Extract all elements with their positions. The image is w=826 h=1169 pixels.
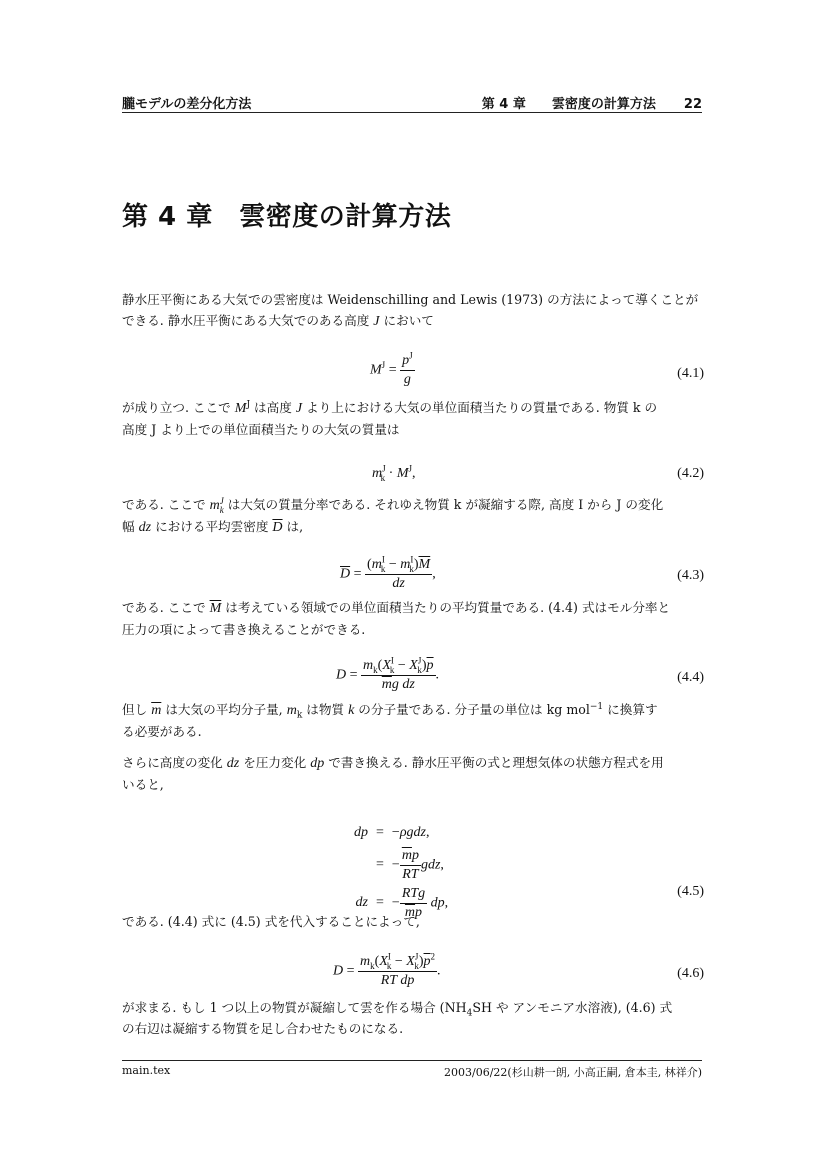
page-number: 22	[684, 97, 702, 112]
paragraph-1: 静水圧平衡にある大気での雲密度は Weidenschilling and Lew…	[122, 289, 704, 332]
paragraph-2: が成り立つ. ここで MJ は高度 J より上における大気の単位面積当たりの質量…	[122, 397, 704, 440]
header-title: 朧モデルの差分化方法	[122, 93, 251, 112]
footer-date-authors: 2003/06/22(杉山耕一朗, 小高正嗣, 倉本圭, 林祥介)	[444, 1064, 702, 1080]
paragraph-line: 静水圧平衡にある大気での雲密度は Weidenschilling and Lew…	[122, 289, 704, 310]
equation-number: (4.4)	[677, 670, 704, 686]
footer-rule	[122, 1060, 702, 1061]
equation-4-2: mJk · MJ,	[372, 466, 416, 482]
equation-number: (4.1)	[677, 366, 704, 382]
paragraph-6: さらに高度の変化 dz を圧力変化 dp で書き換える. 静水圧平衡の式と理想気…	[122, 752, 704, 795]
equation-4-3: D = (mIk − mIk)Mdz,	[340, 556, 436, 593]
paragraph-7: である. (4.4) 式に (4.5) 式を代入することによって,	[122, 911, 704, 932]
equation-4-6: D = mk(XIk − XJk)p2RT dp.	[333, 953, 441, 990]
equation-4-5: dp=−ρgdz, =−mpRTgdz, dz=−RTgmp dp,	[350, 820, 452, 922]
equation-number: (4.5)	[677, 884, 704, 900]
paragraph-line: できる. 静水圧平衡にある大気でのある高度 J において	[122, 310, 704, 332]
equation-number: (4.6)	[677, 966, 704, 982]
paragraph-3: である. ここで mJk は大気の質量分率である. それゆえ物質 k が凝縮する…	[122, 494, 704, 538]
equation-4-1: MJ = pJg	[370, 352, 415, 389]
header-rule	[122, 112, 702, 113]
equation-4-4: D = mk(XIk − XJk)pmg dz.	[336, 657, 439, 694]
header-section: 第 4 章 雲密度の計算方法22	[482, 93, 702, 112]
chapter-title: 第 4 章 雲密度の計算方法	[122, 196, 451, 233]
paragraph-8: が求まる. もし 1 つ以上の物質が凝縮して雲を作る場合 (NH4SH や アン…	[122, 997, 704, 1039]
equation-number: (4.3)	[677, 568, 704, 584]
paragraph-4: である. ここで M は考えている領域での単位面積当たりの平均質量である. (4…	[122, 597, 704, 640]
paragraph-5: 但し m は大気の平均分子量, mk は物質 k の分子量である. 分子量の単位…	[122, 699, 704, 742]
header-chapter: 第 4 章	[482, 97, 526, 112]
running-header: 朧モデルの差分化方法 第 4 章 雲密度の計算方法22	[122, 93, 702, 113]
header-section-title: 雲密度の計算方法	[552, 97, 656, 112]
footer-filename: main.tex	[122, 1064, 170, 1077]
equation-number: (4.2)	[677, 466, 704, 482]
